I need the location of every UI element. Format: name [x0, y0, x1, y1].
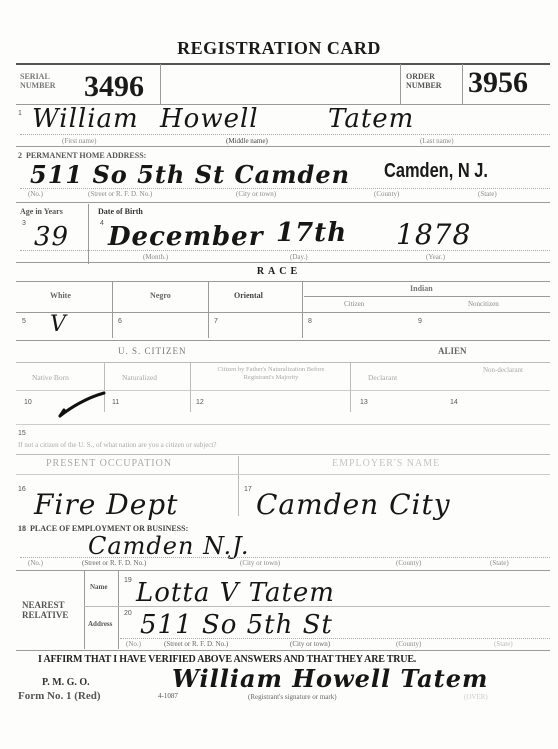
birth-year: 1878	[396, 218, 471, 251]
field-number-9: 9	[418, 318, 422, 325]
signature-caption: (Registrant's signature or mark)	[248, 693, 337, 701]
field-number-5: 5	[22, 318, 26, 325]
nearest-relative-line1: NEAREST	[22, 600, 68, 610]
relative-name-label: Name	[90, 583, 108, 591]
field-number-7: 7	[214, 318, 218, 325]
form-agency: P. M. G. O.	[42, 677, 90, 688]
address-caption-street: (Street or R. F. D. No.)	[88, 190, 152, 198]
race-negro-label: Negro	[150, 291, 171, 300]
field-number-1: 1	[18, 110, 22, 117]
order-label-line1: ORDER	[406, 72, 442, 81]
registrant-signature: William Howell Tatem	[172, 664, 488, 693]
nation-question: If not a citizen of the U. S., of what n…	[18, 441, 216, 449]
card-title: REGISTRATION CARD	[0, 38, 558, 59]
first-name: William	[32, 104, 139, 134]
serial-number-label: SERIAL NUMBER	[20, 72, 56, 90]
field-number-16: 16	[18, 486, 26, 493]
relative-caption-no: (No.)	[126, 640, 141, 648]
form-code: 4-1087	[158, 692, 178, 700]
native-born-label: Native Born	[32, 373, 69, 382]
field-number-10: 10	[24, 399, 32, 406]
birth-date-label: Date of Birth	[98, 207, 143, 216]
address-caption-state: (State)	[478, 190, 497, 198]
naturalized-label: Naturalized	[122, 373, 157, 382]
birth-year-caption: (Year.)	[426, 253, 445, 261]
field-number-15: 15	[18, 430, 26, 437]
birth-month-caption: (Month.)	[143, 253, 168, 261]
age-label: Age in Years	[20, 207, 63, 216]
employer-value: Camden City	[256, 488, 451, 521]
relative-address-label: Address	[88, 620, 112, 628]
citizen-by-father-label: Citizen by Father's Naturalization Befor…	[206, 366, 336, 382]
place-caption-state: (State)	[490, 559, 509, 567]
field-number-4: 4	[100, 220, 104, 227]
employer-label: EMPLOYER'S NAME	[332, 458, 440, 469]
over-label: (OVER)	[464, 693, 488, 701]
field-number-17: 17	[244, 486, 252, 493]
address-caption-county: (County)	[374, 190, 399, 198]
place-of-employment-value: Camden N.J.	[88, 532, 250, 560]
place-caption-street: (Street or R. F. D. No.)	[82, 559, 146, 567]
occupation-label: PRESENT OCCUPATION	[46, 458, 172, 469]
place-caption-no: (No.)	[28, 559, 43, 567]
relative-caption-city: (City or town)	[290, 640, 330, 648]
address-caption-city: (City or town)	[236, 190, 276, 198]
last-name-caption: (Last name)	[420, 137, 454, 145]
field-number-13: 13	[360, 399, 368, 406]
alien-heading: ALIEN	[438, 346, 467, 356]
place-caption-county: (County)	[396, 559, 421, 567]
native-born-checkmark	[56, 390, 106, 420]
race-white-label: White	[50, 291, 71, 300]
field-number-11: 11	[112, 399, 119, 406]
relative-caption-state: (State)	[494, 640, 513, 648]
order-label-line2: NUMBER	[406, 81, 442, 90]
home-address-handwritten: 511 So 5th St Camden	[30, 160, 350, 189]
form-number: Form No. 1 (Red)	[18, 690, 100, 702]
nearest-relative-label: NEAREST RELATIVE	[22, 600, 68, 620]
us-citizen-heading: U. S. CITIZEN	[118, 346, 187, 356]
last-name: Tatem	[328, 104, 414, 134]
occupation-value: Fire Dept	[34, 488, 178, 521]
race-heading: RACE	[0, 266, 558, 277]
race-white-mark: V	[50, 312, 67, 337]
home-address-stamp: Camden, N J.	[384, 160, 488, 183]
relative-caption-street: (Street or R. F. D. No.)	[164, 640, 228, 648]
age-value: 39	[34, 222, 69, 252]
address-caption-no: (No.)	[28, 190, 43, 198]
serial-label-line1: SERIAL	[20, 72, 56, 81]
first-name-caption: (First name)	[62, 137, 96, 145]
home-address-label: 2 PERMANENT HOME ADDRESS:	[18, 151, 146, 160]
field-number-20: 20	[124, 610, 132, 617]
birth-day-caption: (Day.)	[290, 253, 308, 261]
place-caption-city: (City or town)	[240, 559, 280, 567]
relative-name-value: Lotta V Tatem	[136, 578, 335, 608]
field-number-3: 3	[22, 220, 26, 227]
relative-address-value: 511 So 5th St	[140, 610, 333, 640]
order-number-label: ORDER NUMBER	[406, 72, 442, 90]
serial-number: 3496	[84, 70, 144, 104]
top-rule	[16, 63, 550, 65]
race-indian-label: Indian	[410, 284, 433, 293]
field-number-6: 6	[118, 318, 122, 325]
field-number-14: 14	[450, 399, 458, 406]
declarant-label: Declarant	[368, 373, 397, 382]
field-number-8: 8	[308, 318, 312, 325]
field-number-19: 19	[124, 577, 132, 584]
middle-name: Howell	[160, 104, 259, 134]
race-indian-citizen-label: Citizen	[344, 300, 364, 308]
serial-label-line2: NUMBER	[20, 81, 56, 90]
middle-name-caption: (Middle name)	[226, 137, 268, 145]
non-declarant-label: Non-declarant	[478, 366, 528, 374]
order-number: 3956	[468, 66, 528, 100]
nearest-relative-line2: RELATIVE	[22, 610, 68, 620]
field-number-12: 12	[196, 399, 204, 406]
relative-caption-county: (County)	[396, 640, 421, 648]
birth-month: December	[108, 222, 263, 252]
race-oriental-label: Oriental	[234, 291, 263, 300]
race-indian-noncitizen-label: Noncitizen	[468, 300, 499, 308]
birth-day: 17th	[276, 218, 347, 248]
